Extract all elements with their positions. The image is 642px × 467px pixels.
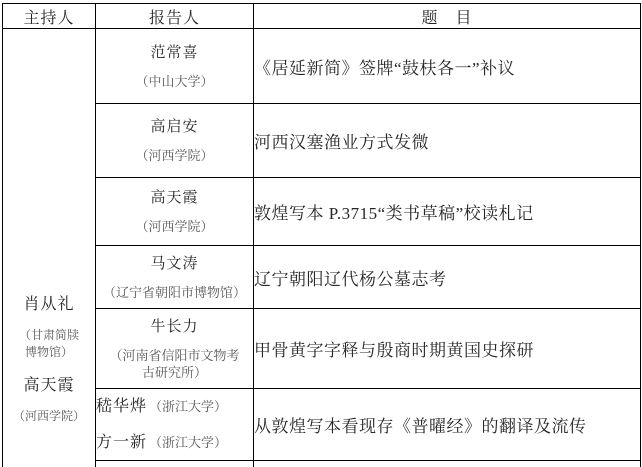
- presenter-cell: 范常喜 （中山大学）: [96, 29, 254, 104]
- program-table: 主持人 报告人 题 目 肖从礼 （甘肃简牍 博物馆） 高天霞 （河西学院） 范常…: [2, 3, 641, 467]
- moderator-affiliation: （河西学院）: [3, 408, 95, 425]
- presenter-affiliation: （河南省信阳市文物考 古研究所）: [96, 347, 253, 381]
- presenter-cell: 牛长力 （河南省信阳市文物考 古研究所）: [96, 309, 254, 389]
- talk-title: 辽宁朝阳辽代杨公墓志考: [254, 246, 641, 309]
- presenter-cell-cutoff: [96, 461, 254, 467]
- presenter-affiliation: （浙江大学）: [149, 399, 227, 414]
- talk-title: 从敦煌写本看现存《普曜经》的翻译及流传: [254, 389, 641, 461]
- header-row: 主持人 报告人 题 目: [3, 4, 641, 29]
- talk-title: 甲骨黄字字释与殷商时期黄国史探研: [254, 309, 641, 389]
- col-header-moderator: 主持人: [3, 4, 96, 29]
- presenter-cell: 高启安 （河西学院）: [96, 104, 254, 178]
- conference-program-page: 主持人 报告人 题 目 肖从礼 （甘肃简牍 博物馆） 高天霞 （河西学院） 范常…: [0, 0, 642, 467]
- presenter-affiliation: （河西学院）: [96, 218, 253, 235]
- presenter-name: 高天霞: [96, 188, 253, 208]
- presenter-name: 高启安: [96, 117, 253, 137]
- presenter-cell: 嵇华烨（浙江大学） 方一新（浙江大学）: [96, 389, 254, 461]
- table-row: 嵇华烨（浙江大学） 方一新（浙江大学） 从敦煌写本看现存《普曜经》的翻译及流传: [3, 389, 641, 461]
- col-header-title: 题 目: [254, 4, 641, 29]
- presenter-affiliation: （中山大学）: [96, 73, 253, 90]
- talk-title: 《居延新简》签牌“鼓枎各一”补议: [254, 29, 641, 104]
- presenter-name: 牛长力: [96, 317, 253, 337]
- moderator-name: 高天霞: [3, 375, 95, 396]
- talk-title: 敦煌写本 P.3715“类书草稿”校读札记: [254, 178, 641, 246]
- title-cell-cutoff: [254, 461, 641, 467]
- presenter-cell: 高天霞 （河西学院）: [96, 178, 254, 246]
- table-row: 马文涛 （辽宁省朝阳市博物馆） 辽宁朝阳辽代杨公墓志考: [3, 246, 641, 309]
- moderator-name: 肖从礼: [3, 294, 95, 315]
- moderator-cell: 肖从礼 （甘肃简牍 博物馆） 高天霞 （河西学院）: [3, 29, 96, 467]
- table-row-cutoff: [3, 461, 641, 467]
- presenter-affiliation: （浙江大学）: [149, 435, 227, 450]
- presenter-affiliation: （河西学院）: [96, 147, 253, 164]
- presenter-line: 嵇华烨（浙江大学）: [96, 397, 253, 417]
- moderator-block: 肖从礼 （甘肃简牍 博物馆） 高天霞 （河西学院）: [3, 294, 95, 425]
- table-row: 高天霞 （河西学院） 敦煌写本 P.3715“类书草稿”校读札记: [3, 178, 641, 246]
- table-row: 肖从礼 （甘肃简牍 博物馆） 高天霞 （河西学院） 范常喜 （中山大学） 《居延…: [3, 29, 641, 104]
- moderator-affiliation: （甘肃简牍 博物馆）: [3, 327, 95, 361]
- col-header-presenter: 报告人: [96, 4, 254, 29]
- presenter-name: 嵇华烨: [96, 398, 147, 415]
- presenter-cell: 马文涛 （辽宁省朝阳市博物馆）: [96, 246, 254, 309]
- presenter-name: 范常喜: [96, 43, 253, 63]
- presenter-affiliation: （辽宁省朝阳市博物馆）: [96, 284, 253, 301]
- table-row: 高启安 （河西学院） 河西汉塞渔业方式发微: [3, 104, 641, 178]
- talk-title: 河西汉塞渔业方式发微: [254, 104, 641, 178]
- presenter-line: 方一新（浙江大学）: [96, 433, 253, 453]
- presenter-name: 马文涛: [96, 254, 253, 274]
- table-row: 牛长力 （河南省信阳市文物考 古研究所） 甲骨黄字字释与殷商时期黄国史探研: [3, 309, 641, 389]
- presenter-name: 方一新: [96, 434, 147, 451]
